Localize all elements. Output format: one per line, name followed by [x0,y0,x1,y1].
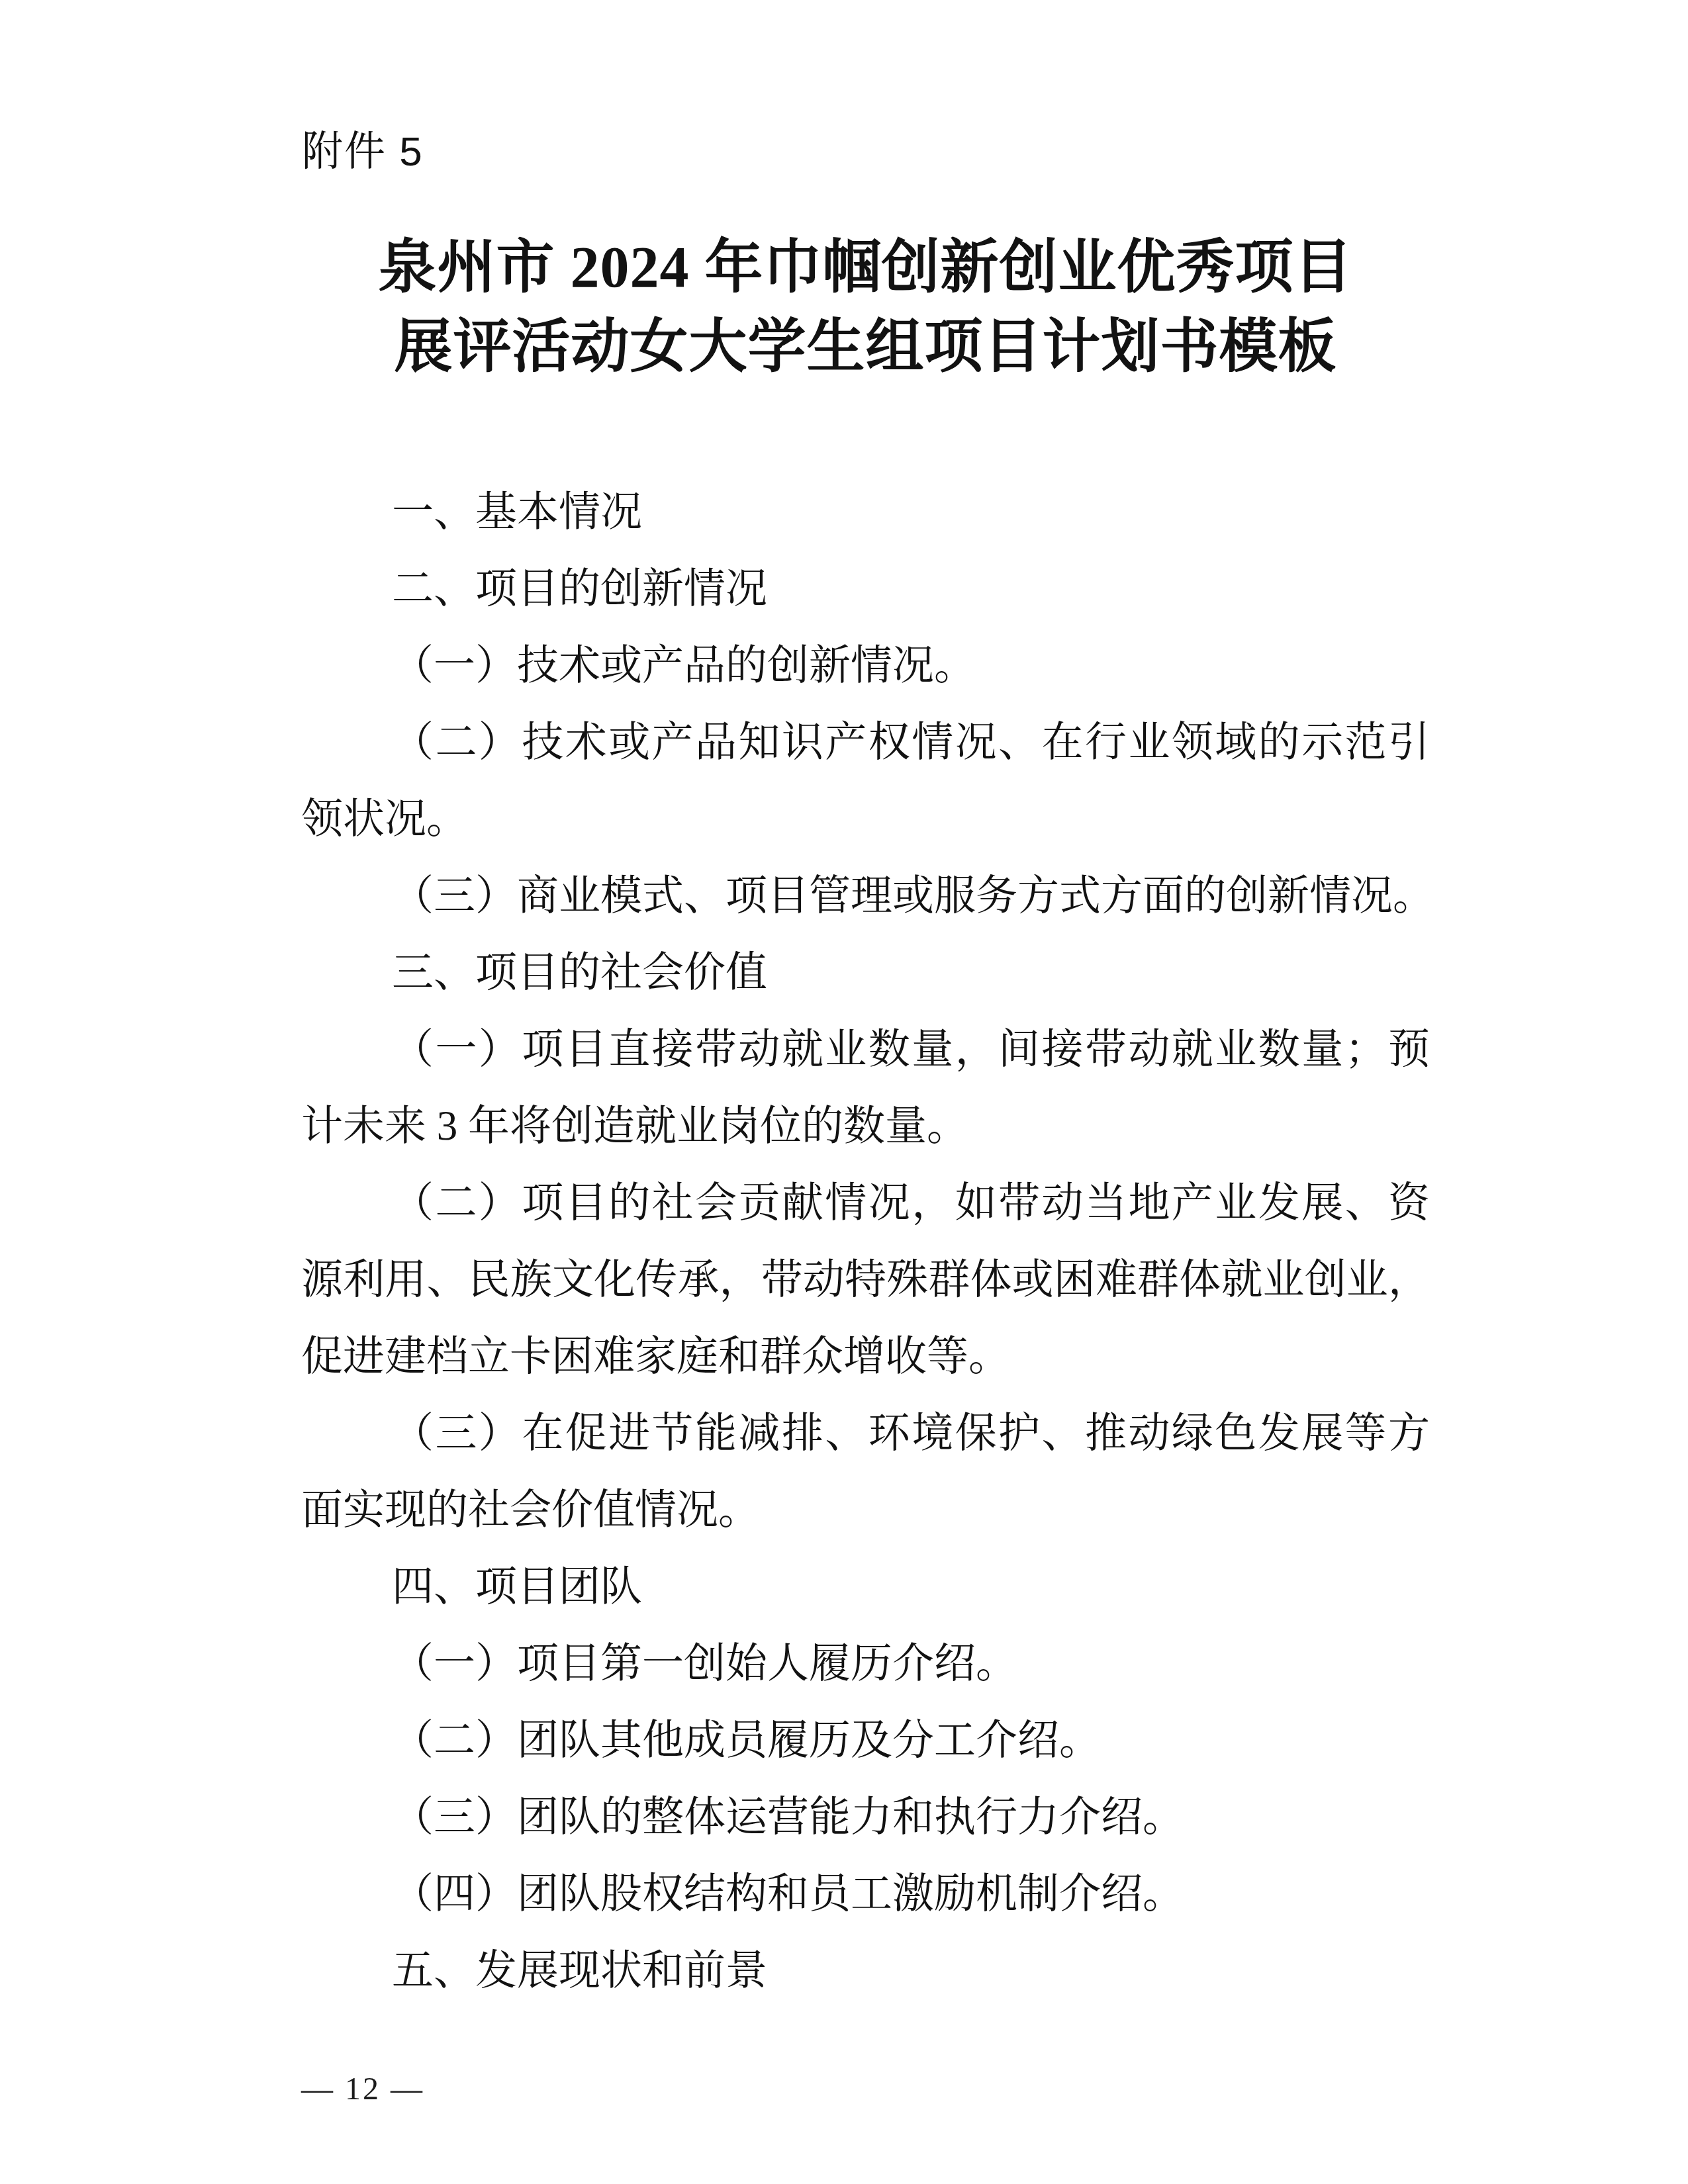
body-line: 计未来 3 年将创造就业岗位的数量。 [301,1087,1430,1164]
body-line: 三、项目的社会价值 [301,934,1430,1011]
body-line: 领状况。 [301,780,1430,857]
body-line: 二、项目的创新情况 [301,550,1430,627]
body-line: 四、项目团队 [301,1548,1430,1625]
body-line: 五、发展现状和前景 [301,1932,1430,2009]
document-page: 附件 5 泉州市 2024 年巾帼创新创业优秀项目 展评活动女大学生组项目计划书… [0,0,1688,2184]
body-line: 源利用、民族文化传承，带动特殊群体或困难群体就业创业， [301,1241,1430,1318]
body-line: （一）技术或产品的创新情况。 [301,627,1430,704]
annex-label: 附件 5 [302,130,424,175]
body-line: （三）商业模式、项目管理或服务方式方面的创新情况。 [301,857,1430,934]
body-line: （二）项目的社会贡献情况，如带动当地产业发展、资 [301,1164,1430,1241]
document-body: 一、基本情况二、项目的创新情况（一）技术或产品的创新情况。（二）技术或产品知识产… [301,473,1430,2009]
body-line: （一）项目第一创始人履历介绍。 [301,1625,1430,1702]
body-line: （一）项目直接带动就业数量，间接带动就业数量；预 [301,1011,1430,1087]
body-line: 促进建档立卡困难家庭和群众增收等。 [301,1318,1430,1394]
title-line-2: 展评活动女大学生组项目计划书模板 [301,308,1430,387]
body-line: （二）技术或产品知识产权情况、在行业领域的示范引 [301,704,1430,780]
title-line-1: 泉州市 2024 年巾帼创新创业优秀项目 [301,228,1430,308]
page-number: — 12 — [301,2070,424,2109]
body-line: （三）团队的整体运营能力和执行力介绍。 [301,1778,1430,1855]
body-line: （四）团队股权结构和员工激励机制介绍。 [301,1855,1430,1932]
document-title: 泉州市 2024 年巾帼创新创业优秀项目 展评活动女大学生组项目计划书模板 [301,228,1430,387]
body-line: 一、基本情况 [301,473,1430,550]
body-line: （三）在促进节能减排、环境保护、推动绿色发展等方 [301,1394,1430,1471]
body-line: （二）团队其他成员履历及分工介绍。 [301,1702,1430,1778]
body-line: 面实现的社会价值情况。 [301,1471,1430,1548]
